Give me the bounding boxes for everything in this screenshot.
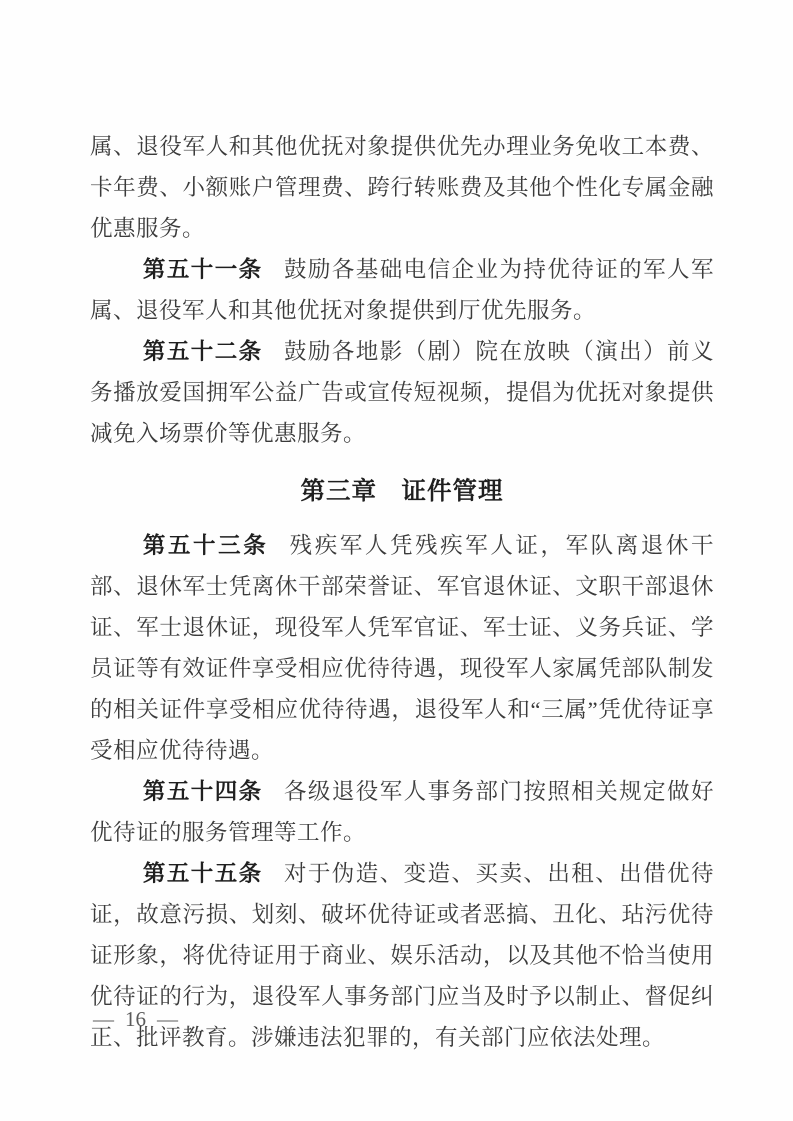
article-text: 对于伪造、变造、买卖、出租、出借优待证，故意污损、划刻、破坏优待证或者恶搞、丑化… (90, 861, 714, 1050)
article-paragraph: 第五十三条残疾军人凭残疾军人证，军队离退休干部、退休军士凭离休干部荣誉证、军官退… (90, 525, 714, 771)
chapter-number: 第三章 (301, 478, 378, 505)
page-number-footer: —16— (93, 1003, 178, 1035)
article-number: 第五十三条 (143, 533, 290, 558)
article-paragraph: 第五十二条鼓励各地影（剧）院在放映（演出）前义务播放爱国拥军公益广告或宣传短视频… (90, 331, 714, 454)
document-text-block: 属、退役军人和其他优抚对象提供优先办理业务免收工本费、卡年费、小额账户管理费、跨… (90, 126, 714, 1058)
article-number: 第五十一条 (143, 257, 284, 282)
article-paragraph: 第五十一条鼓励各基础电信企业为持优待证的军人军属、退役军人和其他优抚对象提供到厅… (90, 249, 714, 331)
article-number: 第五十二条 (143, 339, 284, 364)
article-paragraph: 第五十四条各级退役军人事务部门按照相关规定做好优待证的服务管理等工作。 (90, 771, 714, 853)
article-number: 第五十五条 (143, 861, 284, 886)
page-number-value: 16 (125, 1007, 146, 1031)
page-number-dash-right: — (157, 1007, 178, 1031)
article-number: 第五十四条 (143, 779, 284, 804)
chapter-heading: 第三章证件管理 (90, 471, 714, 512)
page-number-dash-left: — (93, 1007, 114, 1031)
article-paragraph: 第五十五条对于伪造、变造、买卖、出租、出借优待证，故意污损、划刻、破坏优待证或者… (90, 853, 714, 1058)
paragraph-text: 属、退役军人和其他优抚对象提供优先办理业务免收工本费、卡年费、小额账户管理费、跨… (90, 134, 714, 241)
article-text: 残疾军人凭残疾军人证，军队离退休干部、退休军士凭离休干部荣誉证、军官退休证、文职… (90, 533, 714, 763)
paragraph-continuation: 属、退役军人和其他优抚对象提供优先办理业务免收工本费、卡年费、小额账户管理费、跨… (90, 126, 714, 249)
scanned-document-page: 属、退役军人和其他优抚对象提供优先办理业务免收工本费、卡年费、小额账户管理费、跨… (0, 0, 793, 1121)
chapter-title: 证件管理 (402, 478, 504, 505)
